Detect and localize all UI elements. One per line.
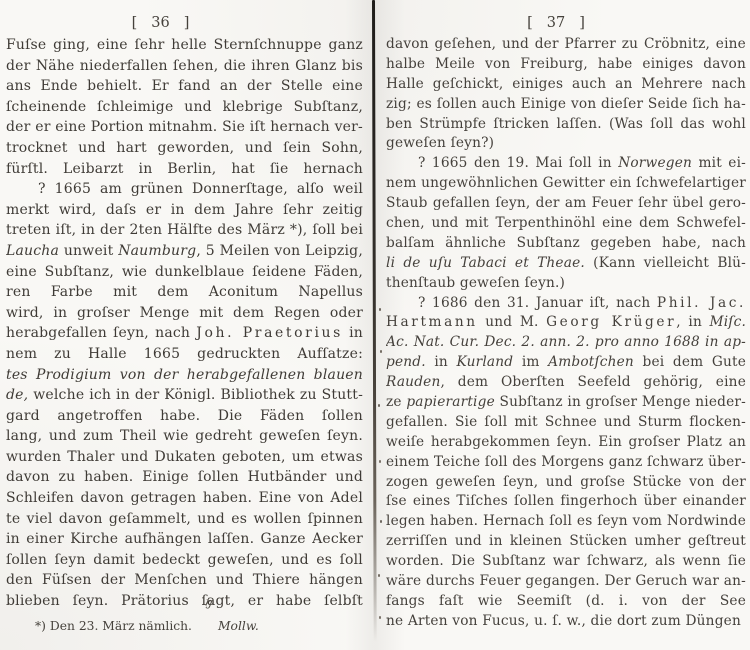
footnote-text: *) Den 23. März nämlich.: [35, 619, 192, 633]
text-line: Schleifen davon getragen haben. Eine von…: [6, 488, 363, 509]
text-line: davon zu haben. Einige ſollen Hutbänder …: [6, 467, 363, 488]
text-line: Ac. Nat. Cur. Dec. 2. ann. 2. pro anno 1…: [386, 333, 746, 353]
text-line: balſam ähnliche Subſtanz gegeben habe, n…: [386, 234, 746, 254]
text-line: ? 1665 den 19. Mai ſoll in Norwegen mit …: [386, 154, 746, 174]
text-line: nem ungewöhnlichen Gewitter ein ſchwefel…: [386, 174, 746, 194]
footnote-attribution: Mollw.: [218, 619, 259, 633]
bracket-close: ]: [184, 13, 190, 33]
text-line: der Nähe niederfallen ſehen, die ihren G…: [6, 56, 363, 77]
text-line: den Füſsen der Menſchen und Thiere hänge…: [6, 570, 363, 591]
text-line: ? 1665 am grünen Donnerſtage, alſo weil …: [6, 179, 363, 200]
text-line: chen, und mit Terpenthinöhl eine dem Sch…: [386, 214, 746, 234]
text-line: Fuſse ging, eine ſehr helle Sternſchnupp…: [6, 35, 363, 56]
text-line: ren Farbe mit dem Aconitum Napellus verg…: [6, 282, 363, 303]
page-number-header: [ 37 ]: [386, 13, 736, 33]
text-line: nem zu Halle 1665 gedruckten Aufſatze: U…: [6, 344, 363, 365]
text-line: ben Strümpfe ſtricken laſſen. (Was ſoll …: [386, 115, 746, 135]
text-line: wird, in groſser Menge mit dem Regen ode…: [6, 303, 363, 324]
text-line: tes Prodigium von der herabgefallenen bl…: [6, 365, 363, 386]
text-line: Hartmann und M. Georg Krüger, in Miſc.: [386, 313, 746, 333]
text-line: Halle geſchickt, einiges auch an Mehrere…: [386, 75, 746, 95]
text-line: trocknet und hart geworden, und ſein Soh…: [6, 138, 363, 159]
book-gutter-shadow: [372, 0, 377, 642]
text-line: wäre durchs Feuer gegangen. Der Geruch w…: [386, 572, 746, 592]
text-line: eine Subſtanz, wie dunkelblaue ſeidene F…: [6, 262, 363, 283]
bracket-close: ]: [579, 13, 585, 33]
page-number: 37: [547, 13, 565, 33]
text-line: thenſtaub geweſen ſeyn.): [386, 274, 746, 294]
text-line: ? 1686 den 31. Januar iſt, nach Phil. Ja…: [386, 294, 746, 314]
text-line: der er eine Portion mitnahm. Sie iſt her…: [6, 117, 363, 138]
text-line: merkt wird, daſs er in dem Jahre ſehr ze…: [6, 200, 363, 221]
book-page-36: [ 36 ] Fuſse ging, eine ſehr helle Stern…: [6, 0, 363, 650]
text-line: Laucha unweit Naumburg, 5 Meilen von Lei…: [6, 241, 363, 262]
text-line: blieben ſeyn. Prätorius ſagt, er habe ſe…: [6, 591, 363, 612]
text-line: worden. Die Subſtanz war ſchwarz, als we…: [386, 552, 746, 572]
text-line: ſollen ſeyn damit bedeckt geweſen, und e…: [6, 550, 363, 571]
book-page-37: [ 37 ] davon geſehen, und der Pfarrer zu…: [386, 0, 746, 650]
bracket-open: [: [132, 13, 138, 33]
text-line: te viel davon geſammelt, und es wollen ſ…: [6, 509, 363, 530]
page-number: 36: [151, 13, 169, 33]
page-text-block: davon geſehen, und der Pfarrer zu Cröbni…: [386, 35, 746, 632]
text-line: zerriſſen und in kleinen Stücken umher g…: [386, 532, 746, 552]
text-line: herabgefallen ſeyn, nach Joh. Praetorius…: [6, 323, 363, 344]
scan-noise-speckles: [379, 308, 381, 311]
text-line: li de uſu Tabaci et Theae. (Kann viellei…: [386, 254, 746, 274]
text-line: de, welche ich in der Königl. Bibliothek…: [6, 385, 363, 406]
text-line: ſcheinende ſchleimige und klebrige Subſt…: [6, 97, 363, 118]
text-line: fangs faſt wie Seemiſt (d. i. von der Se…: [386, 592, 746, 612]
text-line: halbe Meile von Freiburg, habe einiges d…: [386, 55, 746, 75]
text-line: geweſen ſeyn?): [386, 134, 746, 154]
text-line: fürſtl. Leibarzt in Berlin, hat ſie hern…: [6, 159, 363, 180]
text-line: gefallen. Sie ſoll mit Schnee und Sturm …: [386, 413, 746, 433]
text-line: Staub gefallen ſeyn, der am Feuer ſehr ü…: [386, 194, 746, 214]
page-number-header: [ 36 ]: [6, 13, 339, 33]
text-line: ze papierartige Subſtanz in groſser Meng…: [386, 393, 746, 413]
text-line: legen haben. Hernach ſoll es ſeyn vom No…: [386, 512, 746, 532]
footnote: *) Den 23. März nämlich. Mollw.: [6, 619, 363, 633]
text-line: Rauden, dem Oberſten Seefeld gehörig, ei…: [386, 373, 746, 393]
text-line: wurden Thaler und Dukaten geboten, um et…: [6, 447, 363, 468]
text-line: lang, und zum Theil wie gedreht geweſen …: [6, 426, 363, 447]
text-line: treten iſt, in der 2ten Hälfte des März …: [6, 220, 363, 241]
text-line: zig; es ſollen auch Einige von dieſer Se…: [386, 95, 746, 115]
text-line: ſse eines Tiſches ſollen fingerhoch über…: [386, 492, 746, 512]
text-line: gard angetroffen habe. Die Fäden ſollen …: [6, 406, 363, 427]
text-line: ans Ende behielt. Er fand an der Stelle …: [6, 76, 363, 97]
text-line: weiſe herabgekommen ſeyn. Ein groſser Pl…: [386, 433, 746, 453]
text-line: in einer Kirche aufhängen laſſen. Ganze …: [6, 529, 363, 550]
text-line: davon geſehen, und der Pfarrer zu Cröbni…: [386, 35, 746, 55]
page-text-block: Fuſse ging, eine ſehr helle Sternſchnupp…: [6, 35, 363, 612]
bracket-open: [: [527, 13, 533, 33]
text-line: einem Teiche ſoll des Morgens ganz ſchwa…: [386, 453, 746, 473]
text-line: ne Arten von Fucus, u. ſ. w., die dort z…: [386, 612, 746, 632]
text-line: pend. in Kurland im Ambotſchen bei dem G…: [386, 353, 746, 373]
text-line: zogen geweſen ſeyn, und groſse Stücke vo…: [386, 473, 746, 493]
